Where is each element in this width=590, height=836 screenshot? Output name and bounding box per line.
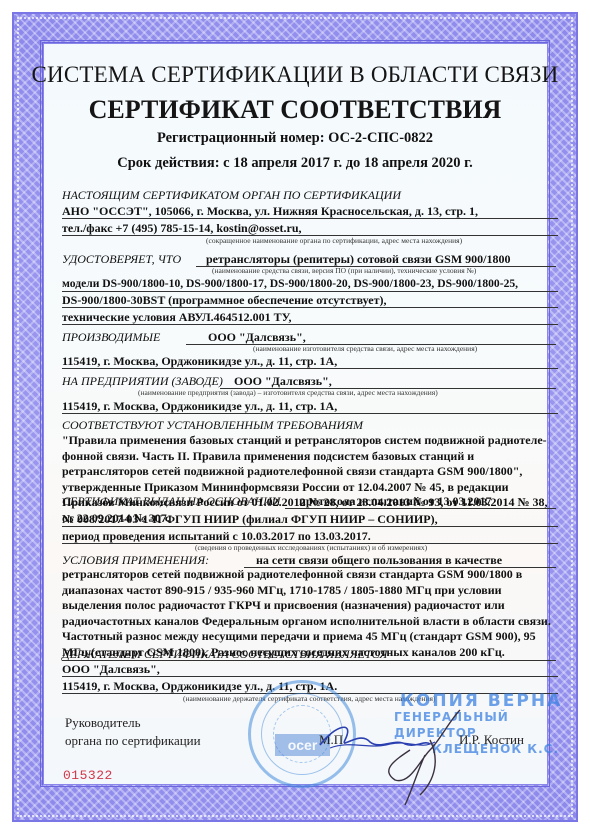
head-line1: Руководитель (65, 714, 201, 732)
tech-conditions: технические условия АВУЛ.464512.001 ТУ, (62, 310, 558, 325)
certificate-title: СЕРТИФИКАТ СООТВЕТСТВИЯ (0, 95, 590, 125)
holder-name: ООО "Далсвязь", (62, 662, 558, 677)
copy-stamp-line1: КОПИЯ ВЕРНА (400, 693, 590, 709)
conditions-value: на сети связи общего пользования в качес… (244, 553, 556, 568)
plant-value: ООО "Далсвязь", (220, 374, 556, 389)
certifies-caption: (наименование средства связи, версия ПО … (212, 266, 476, 275)
plant-caption: (наименование предприятия (завода) – изг… (138, 388, 438, 397)
basis-value: протокола испытаний от 13.03.2017 (285, 494, 556, 509)
certifies-value: ретрансляторы (репитеры) сотовой связи G… (196, 252, 556, 267)
registration-number: Регистрационный номер: ОС-2-СПС-0822 (0, 130, 590, 147)
produced-caption: (наименование изготовителя средства связ… (253, 344, 477, 353)
head-line2: органа по сертификации (65, 732, 201, 750)
serial-number: 015322 (63, 768, 113, 783)
cert-body-caption: (сокращенное наименование органа по серт… (206, 236, 462, 245)
basis-caption: (сведения о проведенных исследованиях (и… (195, 543, 427, 552)
validity-period: Срок действия: с 18 апреля 2017 г. до 18… (0, 155, 590, 172)
signatory-name: И.Р. Костин (459, 732, 524, 748)
produced-value: ООО "Далсвязь", (186, 330, 556, 345)
plant-address: 115419, г. Москва, Орджоникидзе ул., д. … (62, 399, 558, 414)
basis-line3: период проведения испытаний с 10.03.2017… (62, 529, 558, 544)
cert-body-label: НАСТОЯЩИМ СЕРТИФИКАТОМ ОРГАН ПО СЕРТИФИК… (62, 188, 558, 202)
holder-label: ДЕРЖАТЕЛЕМ СЕРТИФИКАТА СООТВЕТСТВИЯ ЯВЛЯ… (62, 647, 558, 661)
system-title: СИСТЕМА СЕРТИФИКАЦИИ В ОБЛАСТИ СВЯЗИ (0, 62, 590, 88)
basis-line2: № 008/2017-03-1-П ФГУП НИИР (филиал ФГУП… (62, 512, 558, 527)
models-line1: модели DS-900/1800-10, DS-900/1800-17, D… (62, 277, 558, 292)
head-of-body-label: Руководитель органа по сертификации (65, 714, 201, 750)
models-line2: DS-900/1800-30BST (программное обеспечен… (62, 293, 558, 308)
requirements-label: СООТВЕТСТВУЮТ УСТАНОВЛЕННЫМ ТРЕБОВАНИЯМ (62, 418, 558, 432)
produced-address: 115419, г. Москва, Орджоникидзе ул., д. … (62, 354, 558, 369)
cert-body-line1: АНО "ОССЭТ", 105066, г. Москва, ул. Нижн… (62, 204, 558, 219)
cert-body-line2: тел./факс +7 (495) 785-15-14, kostin@oss… (62, 221, 558, 236)
seal-place-mark: М.П. (319, 732, 346, 748)
